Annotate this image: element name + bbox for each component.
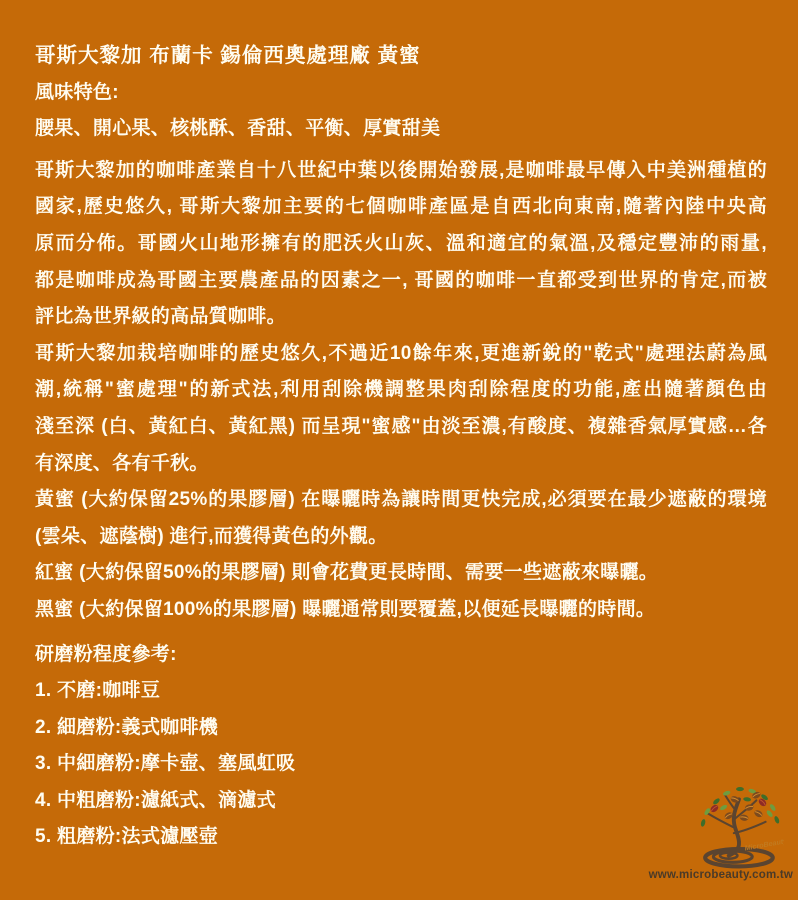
coffee-product-flyer: 哥斯大黎加 布蘭卡 錫倫西奧處理廠 黃蜜 風味特色: 腰果、開心果、核桃酥、香甜… (0, 0, 798, 900)
page-title: 哥斯大黎加 布蘭卡 錫倫西奧處理廠 黃蜜 (35, 38, 767, 75)
flyer-content: 哥斯大黎加 布蘭卡 錫倫西奧處理廠 黃蜜 風味特色: 腰果、開心果、核桃酥、香甜… (35, 38, 767, 856)
paragraph-line: 潮,統稱"蜜處理"的新式法,利用刮除機調整果肉刮除程度的功能,產出隨著顏色由 (35, 372, 767, 409)
paragraph-line: 黃蜜 (大約保留25%的果膠層) 在曝曬時為讓時間更快完成,必須要在最少遮蔽的環… (35, 482, 767, 519)
paragraph-line: 淺至深 (白、黃紅白、黃紅黑) 而呈現"蜜感"由淡至濃,有酸度、複雜香氣厚實感…… (35, 409, 767, 446)
grind-heading: 研磨粉程度參考: (35, 637, 767, 674)
paragraph-line: (雲朵、遮蔭樹) 進行,而獲得黃色的外觀。 (35, 519, 767, 556)
grind-item: 5. 粗磨粉:法式濾壓壺 (35, 819, 767, 856)
flavor-label: 風味特色: (35, 75, 767, 112)
paragraph-line: 原而分佈。哥國火山地形擁有的肥沃火山灰、溫和適宜的氣溫,及穩定豐沛的雨量, (35, 226, 767, 263)
paragraph-line: 國家,歷史悠久, 哥斯大黎加主要的七個咖啡產區是自西北向東南,隨著內陸中央高 (35, 189, 767, 226)
description-paragraphs: 哥斯大黎加的咖啡產業自十八世紀中葉以後開始發展,是咖啡最早傳入中美洲種植的國家,… (35, 153, 767, 629)
paragraph-line: 哥斯大黎加的咖啡產業自十八世紀中葉以後開始發展,是咖啡最早傳入中美洲種植的 (35, 153, 767, 190)
paragraph-line: 黑蜜 (大約保留100%的果膠層) 曝曬通常則要覆蓋,以便延長曝曬的時間。 (35, 592, 767, 629)
grind-item: 4. 中粗磨粉:濾紙式、滴濾式 (35, 783, 767, 820)
flavor-notes: 腰果、開心果、核桃酥、香甜、平衡、厚實甜美 (35, 111, 767, 148)
paragraph-line: 有深度、各有千秋。 (35, 446, 767, 483)
paragraph-line: 哥斯大黎加栽培咖啡的歷史悠久,不過近10餘年來,更進新銳的"乾式"處理法蔚為風 (35, 336, 767, 373)
website-url: www.microbeauty.com.tw (649, 869, 793, 881)
paragraph-line: 都是咖啡成為哥國主要農產品的因素之一, 哥國的咖啡一直都受到世界的肯定,而被 (35, 263, 767, 300)
paragraph-line: 紅蜜 (大約保留50%的果膠層) 則會花費更長時間、需要一些遮蔽來曝曬。 (35, 555, 767, 592)
grind-list: 1. 不磨:咖啡豆2. 細磨粉:義式咖啡機3. 中細磨粉:摩卡壺、塞風虹吸4. … (35, 673, 767, 856)
logo-branch (734, 822, 766, 833)
paragraph-line: 評比為世界級的高品質咖啡。 (35, 299, 767, 336)
grind-item: 2. 細磨粉:義式咖啡機 (35, 710, 767, 747)
grind-item: 1. 不磨:咖啡豆 (35, 673, 767, 710)
grind-item: 3. 中細磨粉:摩卡壺、塞風虹吸 (35, 746, 767, 783)
microbeauty-logo: MicroBeauty (698, 786, 784, 870)
grind-section: 研磨粉程度參考: 1. 不磨:咖啡豆2. 細磨粉:義式咖啡機3. 中細磨粉:摩卡… (35, 637, 767, 857)
coffee-tree-logo-graphic: MicroBeauty (698, 786, 784, 870)
